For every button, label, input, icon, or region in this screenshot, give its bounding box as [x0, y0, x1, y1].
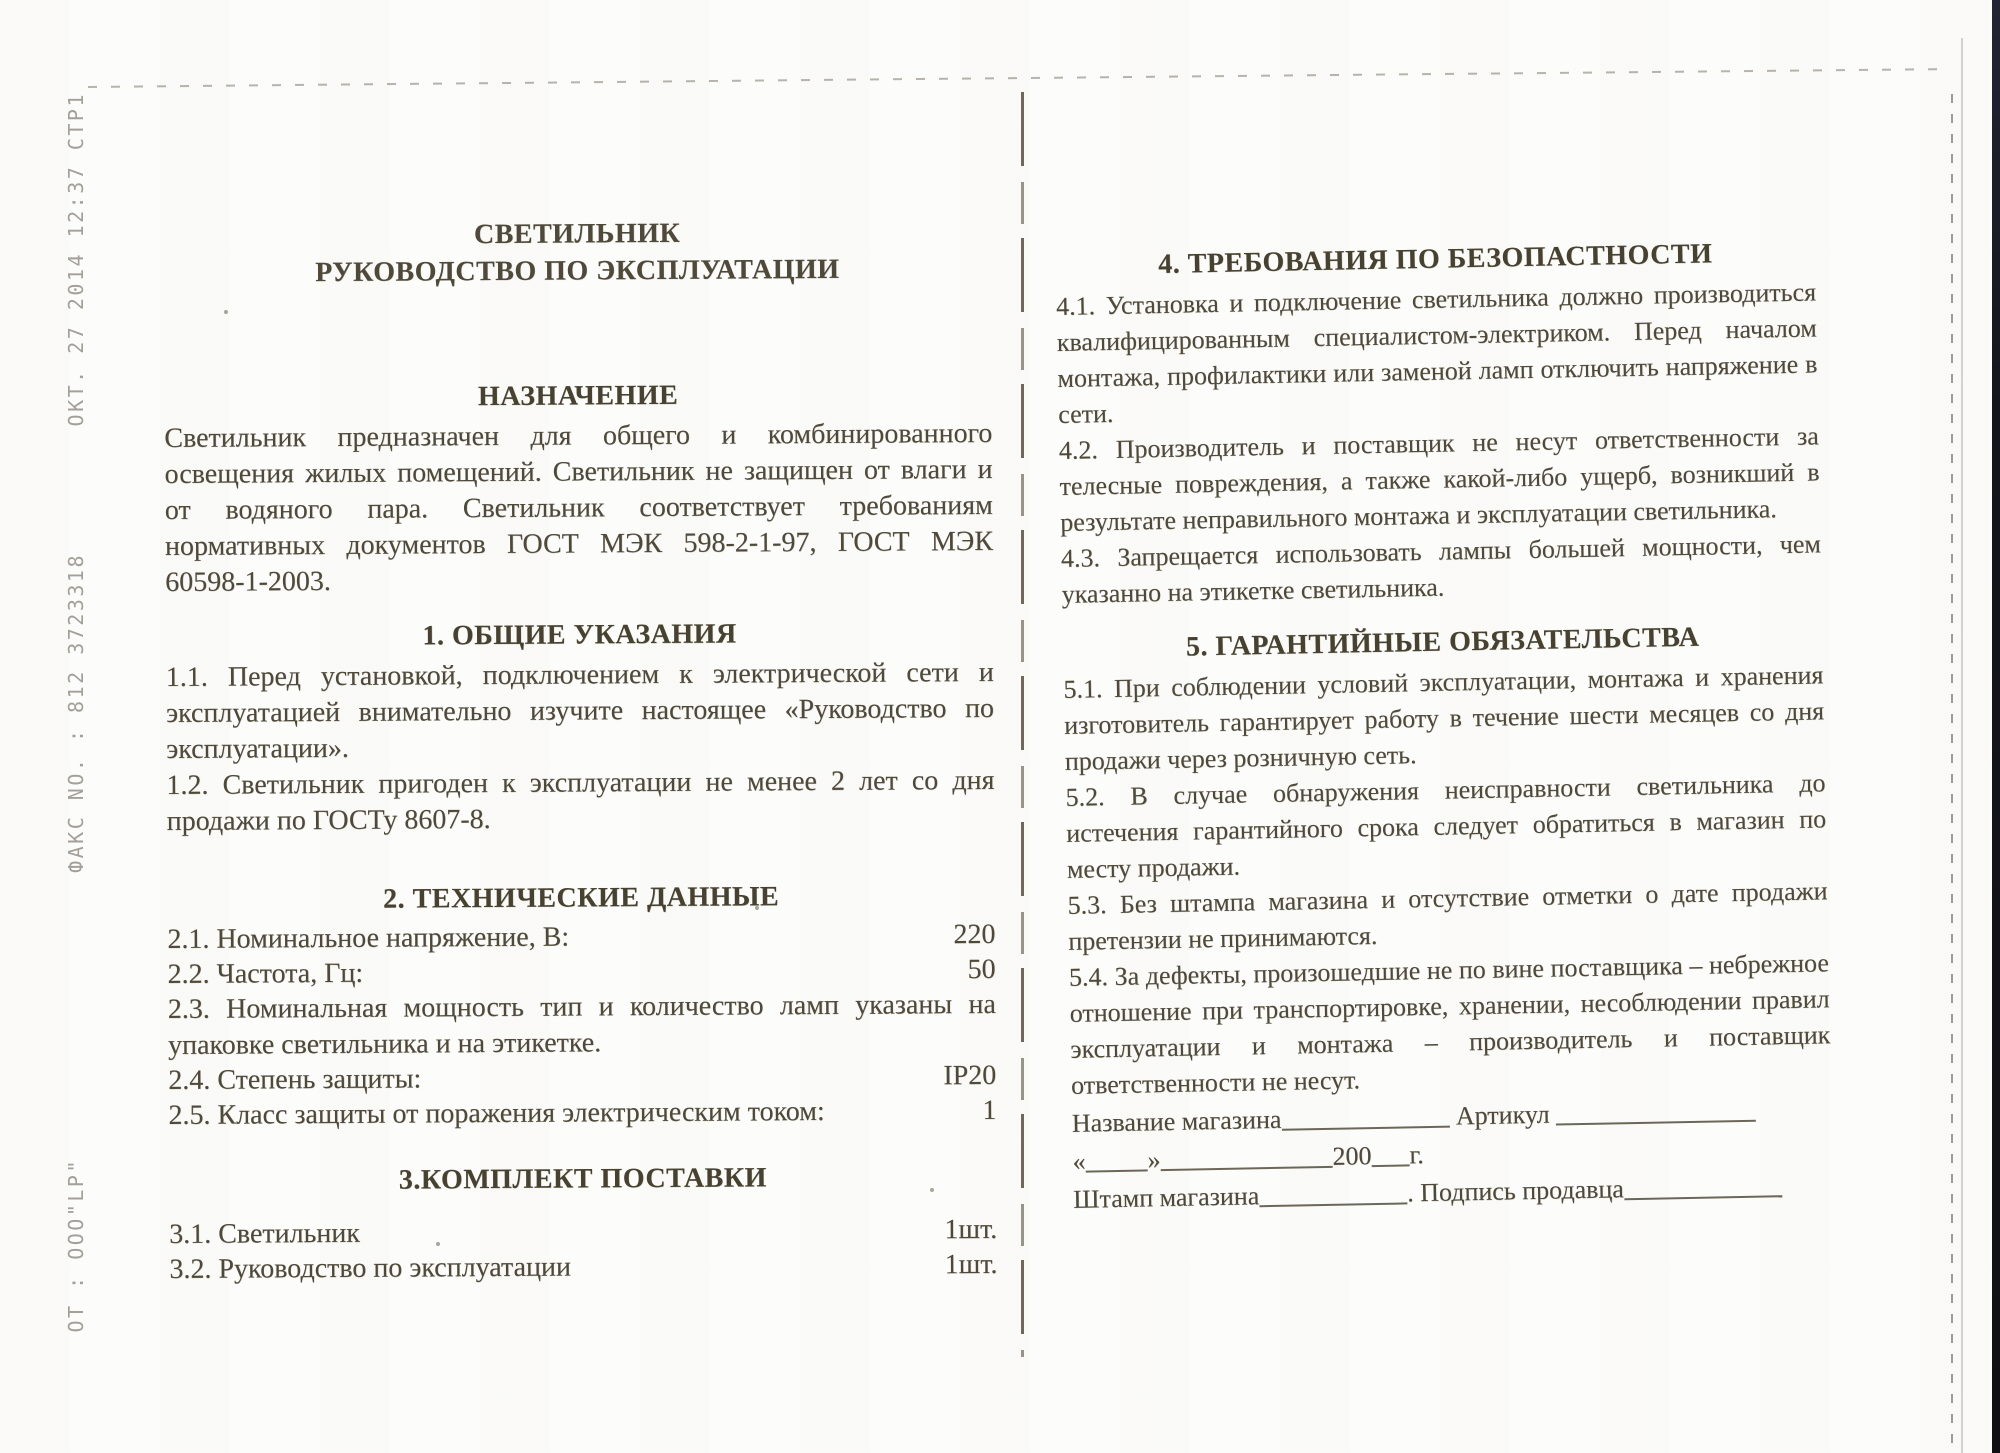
- fax-timestamp-page-label: ОКТ. 27 2014 12:37 СТР1: [64, 92, 88, 426]
- spec-label: 2.1. Номинальное напряжение, В:: [167, 921, 569, 958]
- section1-heading: 1. ОБЩИЕ УКАЗАНИЯ: [165, 614, 993, 656]
- shop-name-blank-line: [1281, 1100, 1450, 1131]
- signature-blank-line: [1623, 1169, 1782, 1200]
- spec-value: 220: [953, 918, 995, 953]
- spec-row-voltage: 2.1. Номинальное напряжение, В: 220: [167, 918, 995, 958]
- spec-row-ip: 2.4. Степень защиты: IP20: [168, 1059, 996, 1099]
- spec-row-class: 2.5. Класс защиты от поражения электриче…: [168, 1093, 996, 1133]
- quote-close: »: [1147, 1145, 1161, 1174]
- shop-name-label: Название магазина: [1072, 1105, 1282, 1138]
- spec-value: IP20: [943, 1059, 996, 1094]
- section4-item: 4.1. Установка и подключение светильника…: [1056, 274, 1819, 433]
- scan-edge-strip: [1992, 0, 2000, 1453]
- quote-open: «: [1072, 1147, 1086, 1176]
- section5-item: 5.4. За дефекты, произошедшие не по вине…: [1069, 945, 1832, 1104]
- purpose-paragraph: Светильник предназначен для общего и ком…: [164, 416, 993, 601]
- year-prefix: 200: [1332, 1141, 1372, 1171]
- right-page-column: 4. ТРЕБОВАНИЯ ПО БЕЗОПАСТНОСТИ 4.1. Уста…: [1055, 233, 1833, 1217]
- section5-item: 5.1. При соблюдении условий эксплуатации…: [1063, 657, 1825, 780]
- year-suffix: г.: [1409, 1140, 1424, 1169]
- column-divider-rule: [1021, 92, 1024, 1357]
- top-dashed-rule: [88, 68, 1948, 88]
- spec-row-frequency: 2.2. Частота, Гц: 50: [168, 952, 996, 992]
- stamp-label: Штамп магазина: [1073, 1181, 1260, 1214]
- section2-heading: 2. ТЕХНИЧЕСКИЕ ДАННЫЕ: [167, 877, 995, 919]
- spec-value: 50: [968, 952, 996, 987]
- day-blank-line: [1085, 1143, 1148, 1172]
- section1-item: 1.2. Светильник пригоден к эксплуатации …: [166, 763, 994, 840]
- spec-label: 2.4. Степень защиты:: [168, 1062, 421, 1098]
- section3-heading: 3.КОМПЛЕКТ ПОСТАВКИ: [169, 1158, 997, 1200]
- stamp-blank-line: [1259, 1176, 1408, 1207]
- article-label: Артикул: [1456, 1100, 1557, 1131]
- delivery-label: 3.2. Руководство по эксплуатации: [169, 1250, 571, 1287]
- document-title-line1: СВЕТИЛЬНИК: [163, 213, 991, 255]
- delivery-label: 3.1. Светильник: [169, 1217, 360, 1253]
- section1-item: 1.1. Перед установкой, подключением к эл…: [166, 655, 995, 768]
- spec-note-power: 2.3. Номинальная мощность тип и количест…: [168, 987, 996, 1064]
- purpose-heading: НАЗНАЧЕНИЕ: [164, 375, 992, 417]
- delivery-row: 3.2. Руководство по эксплуатации 1шт.: [169, 1247, 997, 1287]
- spec-value: 1: [982, 1093, 996, 1128]
- right-dashed-rule: [1951, 94, 1953, 1453]
- fax-from-label: ОТ : ООО"LP": [64, 1158, 88, 1333]
- spec-label: 2.5. Класс защиты от поражения электриче…: [168, 1094, 824, 1133]
- section4-item: 4.2. Производитель и поставщик не несут …: [1059, 418, 1821, 541]
- fax-number-label: ФАКС NO. : 812 3723318: [64, 553, 88, 873]
- section5-item: 5.2. В случае обнаружения неисправности …: [1065, 765, 1827, 888]
- year-blank-line: [1371, 1138, 1410, 1167]
- delivery-row: 3.1. Светильник 1шт.: [169, 1213, 997, 1253]
- left-page-column: СВЕТИЛЬНИК РУКОВОДСТВО ПО ЭКСПЛУАТАЦИИ Н…: [163, 213, 998, 1287]
- spec-label: 2.2. Частота, Гц:: [168, 956, 364, 992]
- scanned-fax-page: ОКТ. 27 2014 12:37 СТР1 ФАКС NO. : 812 3…: [0, 0, 2000, 1453]
- article-blank-line: [1556, 1094, 1757, 1126]
- right-faint-rule: [1961, 38, 1963, 1453]
- delivery-value: 1шт.: [945, 1247, 998, 1282]
- delivery-value: 1шт.: [944, 1213, 997, 1248]
- month-blank-line: [1160, 1140, 1333, 1171]
- signature-label: . Подпись продавца: [1407, 1174, 1624, 1207]
- document-title-line2: РУКОВОДСТВО ПО ЭКСПЛУАТАЦИИ: [163, 250, 991, 292]
